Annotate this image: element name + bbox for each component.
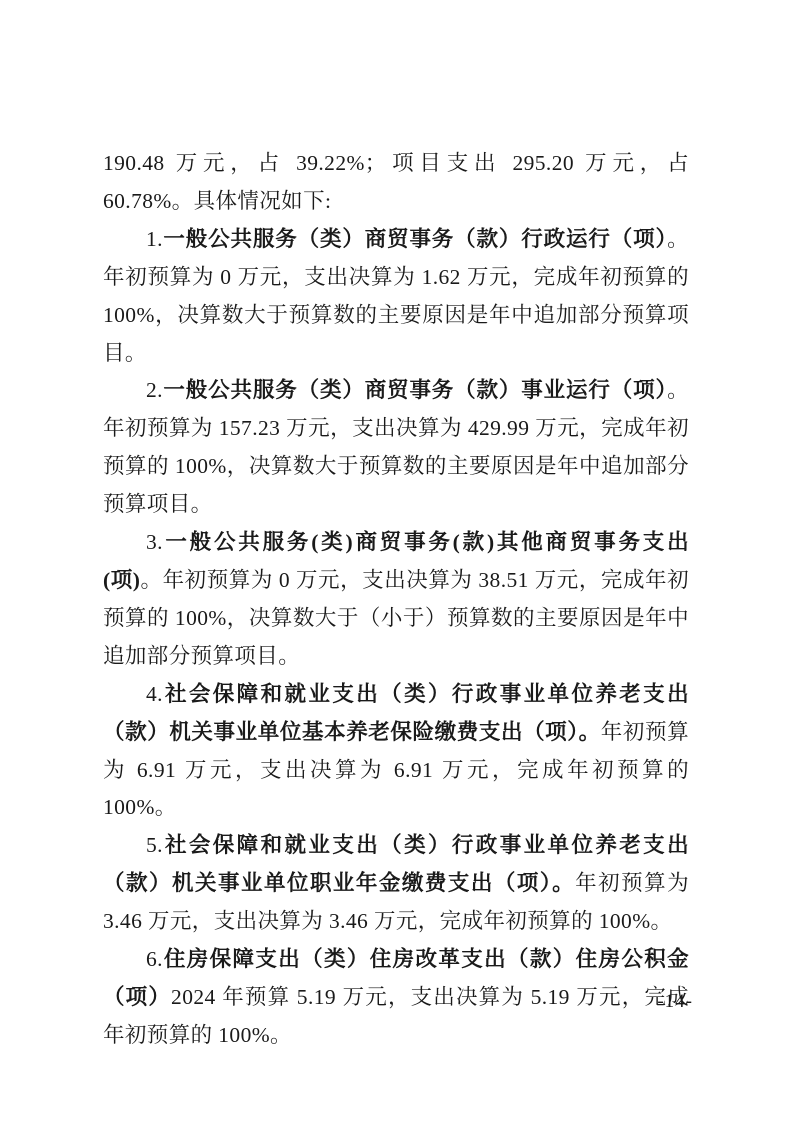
paragraph-item-4: 4.社会保障和就业支出（类）行政事业单位养老支出（款）机关事业单位基本养老保险缴… [103,676,689,828]
document-body: 190.48 万元，占 39.22%；项目支出 295.20 万元，占 60.7… [103,145,689,1055]
paragraph-number: 6. [146,947,163,971]
document-page: 190.48 万元，占 39.22%；项目支出 295.20 万元，占 60.7… [0,0,793,1122]
paragraph-text: 190.48 万元，占 39.22%；项目支出 295.20 万元，占 60.7… [103,151,689,213]
paragraph-heading: 一般公共服务（类）商贸事务（款）事业运行（项） [163,378,667,402]
paragraph-number: 4. [146,682,163,706]
paragraph-item-3: 3.一般公共服务(类)商贸事务(款)其他商贸事务支出(项)。年初预算为 0 万元… [103,524,689,676]
paragraph-text: 2024 年预算 5.19 万元，支出决算为 5.19 万元，完成年初预算的 1… [103,985,689,1047]
paragraph-number: 1. [146,227,163,251]
paragraph-item-6: 6.住房保障支出（类）住房改革支出（款）住房公积金（项）2024 年预算 5.1… [103,941,689,1055]
paragraph-continuation: 190.48 万元，占 39.22%；项目支出 295.20 万元，占 60.7… [103,145,689,221]
paragraph-number: 2. [146,378,163,402]
paragraph-item-1: 1.一般公共服务（类）商贸事务（款）行政运行（项）。年初预算为 0 万元，支出决… [103,221,689,373]
paragraph-item-2: 2.一般公共服务（类）商贸事务（款）事业运行（项）。年初预算为 157.23 万… [103,372,689,524]
paragraph-number: 5. [146,833,163,857]
paragraph-item-5: 5.社会保障和就业支出（类）行政事业单位养老支出（款）机关事业单位职业年金缴费支… [103,827,689,941]
paragraph-number: 3. [146,530,163,554]
paragraph-heading: 一般公共服务（类）商贸事务（款）行政运行（项） [163,227,667,251]
page-number: -14- [657,991,693,1013]
paragraph-text: 。年初预算为 0 万元，支出决算为 38.51 万元，完成年初预算的 100%，… [103,568,689,668]
